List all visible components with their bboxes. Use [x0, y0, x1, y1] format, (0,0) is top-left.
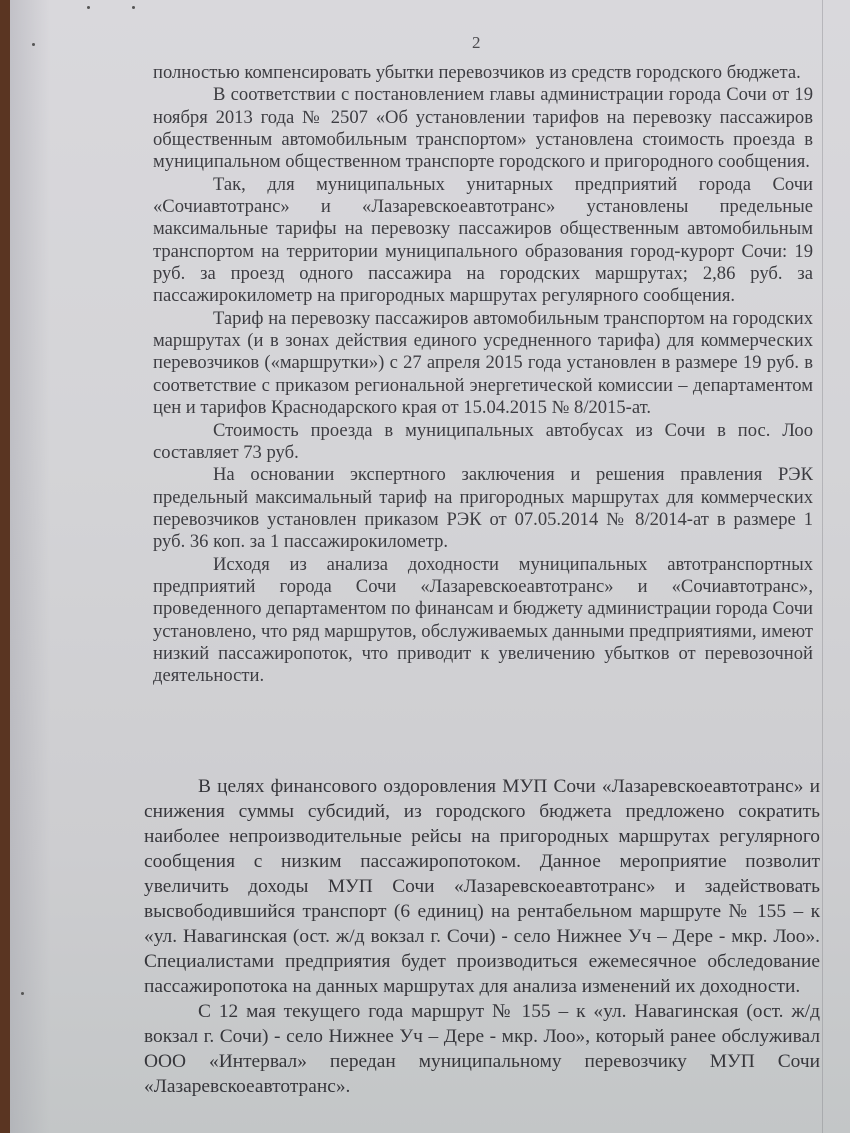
document-page: 2 полностью компенсировать убытки перево… — [10, 0, 850, 1133]
paper-speck — [132, 6, 135, 9]
paper-speck — [21, 992, 24, 995]
paragraph: Так, для муниципальных унитарных предпри… — [153, 174, 813, 308]
paragraph: полностью компенсировать убытки перевозч… — [153, 62, 813, 84]
paragraph: На основании экспертного заключения и ре… — [153, 464, 813, 553]
paragraph: Тариф на перевозку пассажиров автомобиль… — [153, 308, 813, 420]
page-edge-line — [822, 0, 823, 1133]
paper-speck — [87, 6, 90, 9]
document-body-lower: В целях финансового оздоровления МУП Соч… — [144, 774, 820, 1099]
paragraph: С 12 мая текущего года маршрут № 155 – к… — [144, 999, 820, 1099]
paper-speck — [32, 43, 35, 46]
paragraph: В соответствии с постановлением главы ад… — [153, 84, 813, 173]
page-number: 2 — [472, 33, 481, 53]
paragraph: Исходя из анализа доходности муниципальн… — [153, 554, 813, 688]
paragraph: В целях финансового оздоровления МУП Соч… — [144, 774, 820, 999]
page-shadow — [10, 0, 50, 1133]
document-body-upper: полностью компенсировать убытки перевозч… — [153, 62, 813, 688]
paragraph: Стоимость проезда в муниципальных автобу… — [153, 420, 813, 465]
